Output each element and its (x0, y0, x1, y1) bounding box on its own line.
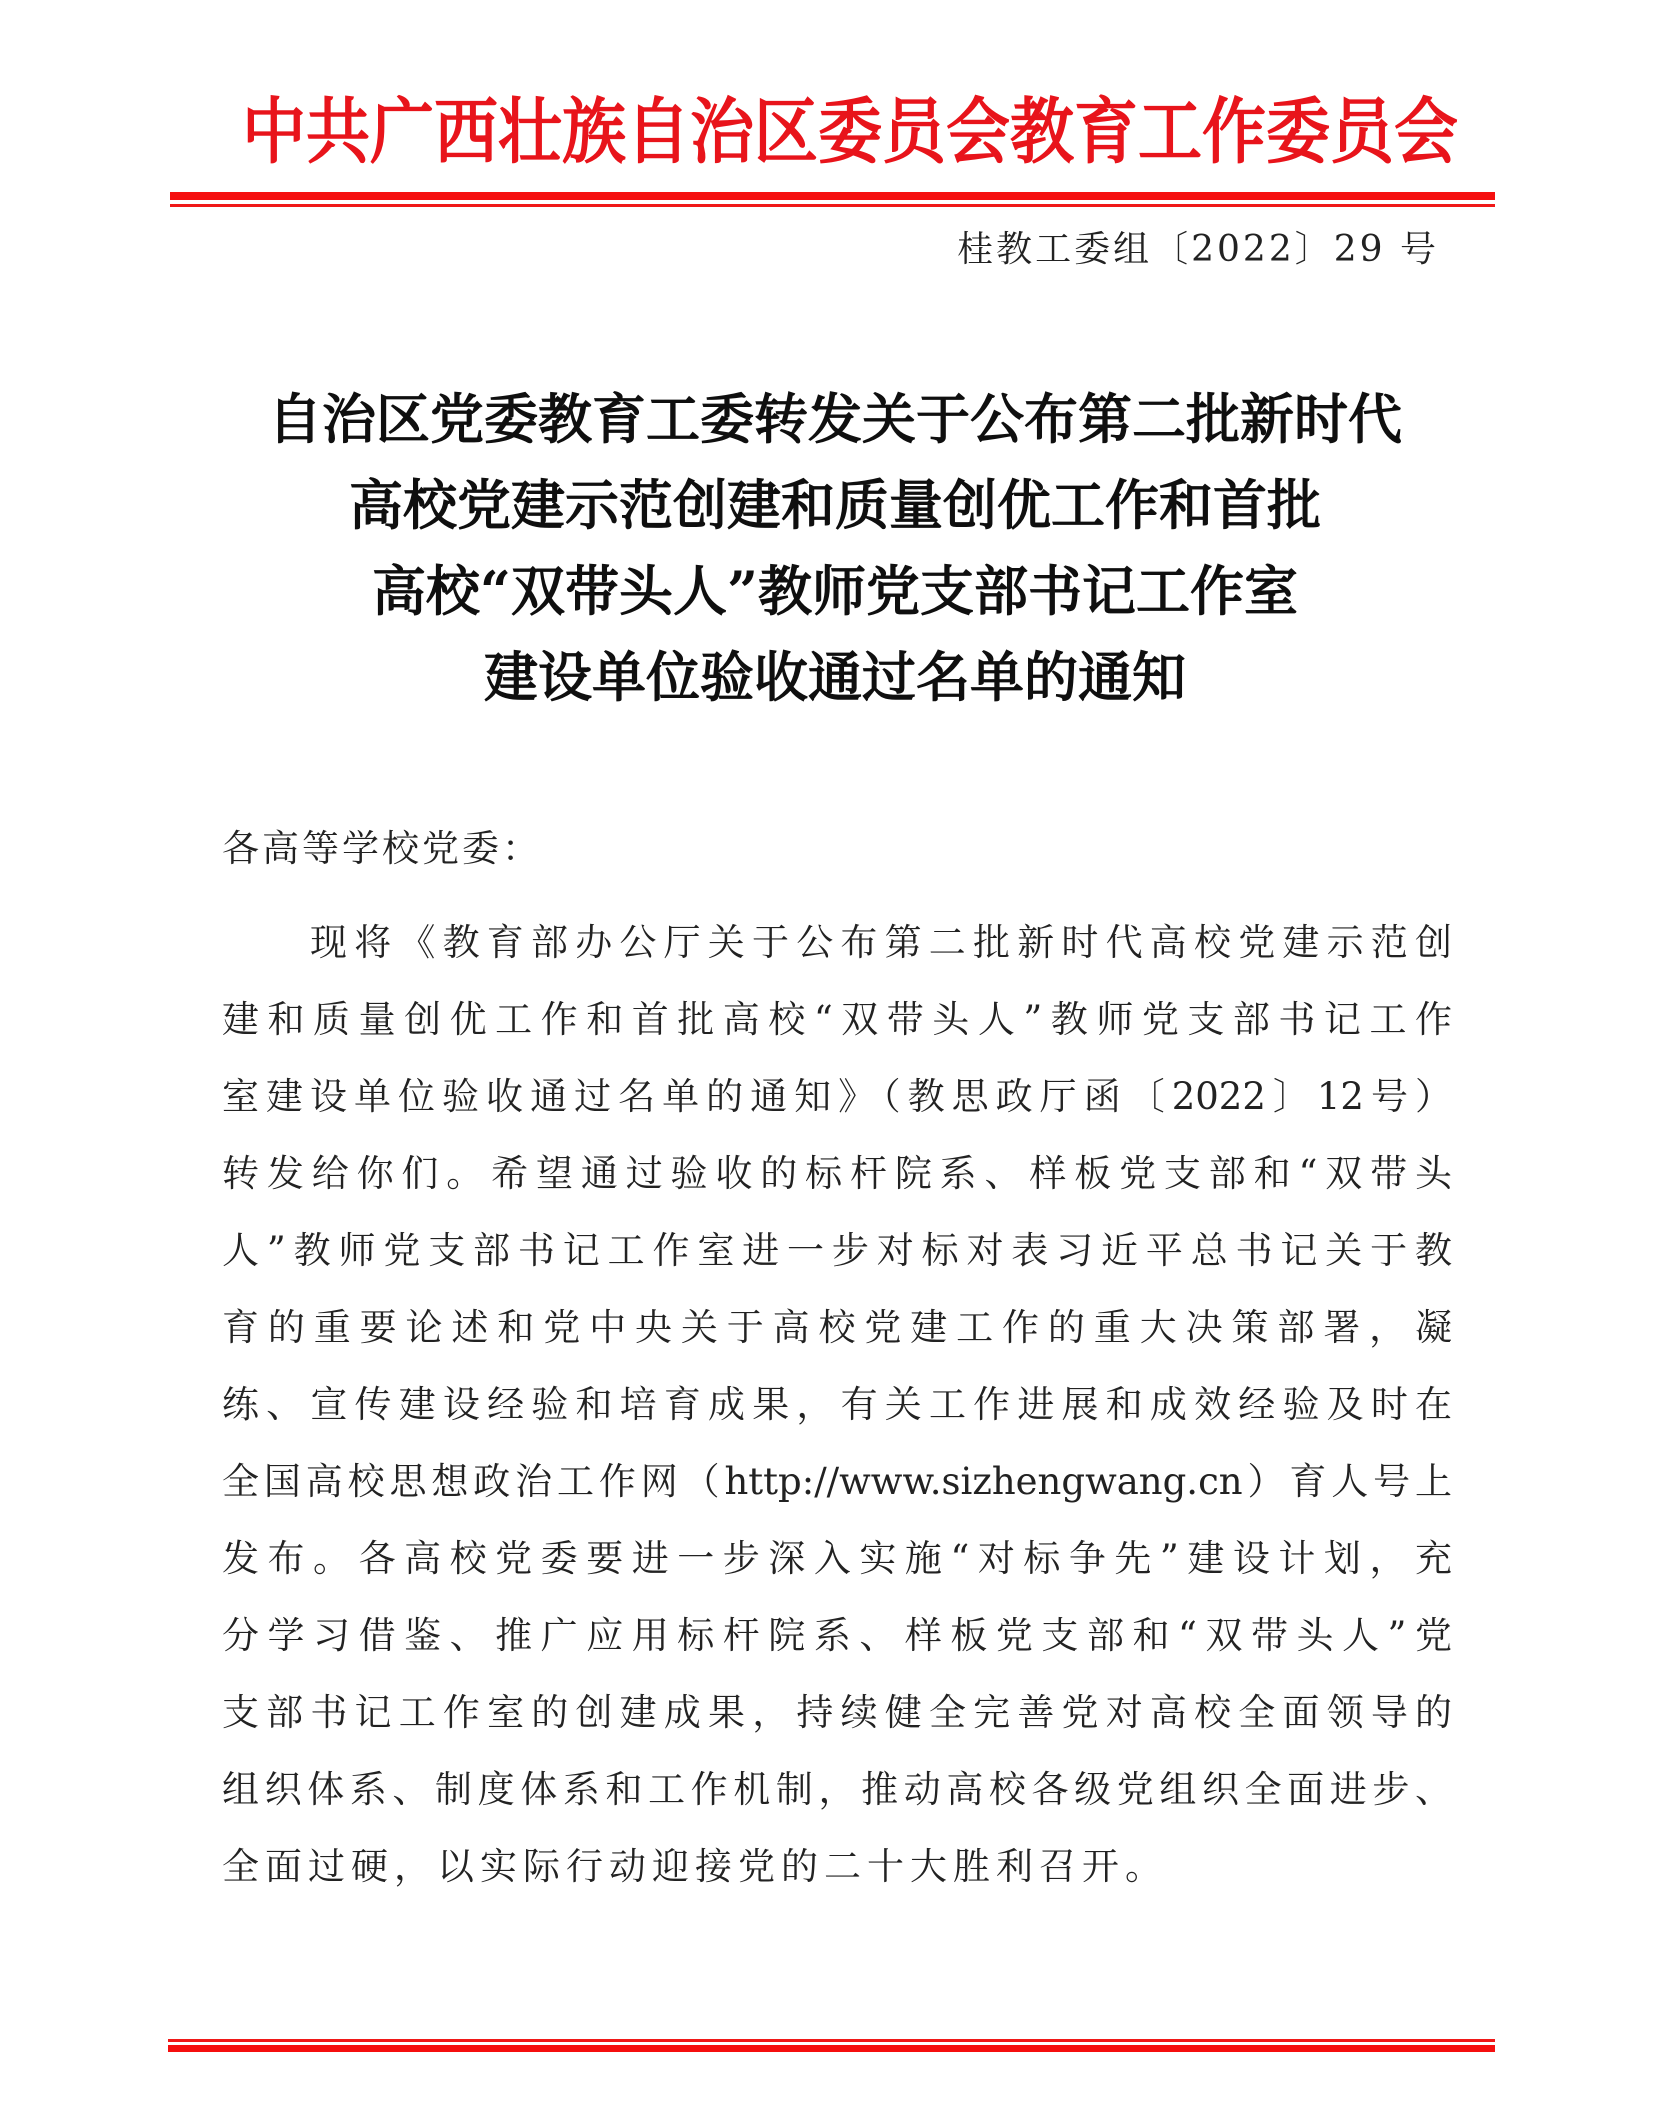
header-red-rule (170, 192, 1495, 207)
body-line: 建和质量创优工作和首批高校“双带头人”教师党支部书记工作 (222, 981, 1452, 1058)
document-page: 中共广西壮族自治区委员会教育工作委员会 桂教工委组〔2022〕29 号 自治区党… (0, 0, 1669, 2111)
document-title: 自治区党委教育工委转发关于公布第二批新时代 高校党建示范创建和质量创优工作和首批… (150, 376, 1520, 720)
red-rule-thin (170, 204, 1495, 207)
body-paragraph: 现将《教育部办公厅关于公布第二批新时代高校党建示范创 建和质量创优工作和首批高校… (222, 904, 1452, 1905)
body-line: 全面过硬，以实际行动迎接党的二十大胜利召开。 (222, 1828, 1452, 1905)
salutation: 各高等学校党委： (222, 826, 542, 872)
body-line: 人”教师党支部书记工作室进一步对标对表习近平总书记关于教 (222, 1212, 1452, 1289)
body-line: 支部书记工作室的创建成果，持续健全完善党对高校全面领导的 (222, 1674, 1452, 1751)
title-line: 建设单位验收通过名单的通知 (150, 634, 1520, 720)
body-line: 分学习借鉴、推广应用标杆院系、样板党支部和“双带头人”党 (222, 1597, 1452, 1674)
issuing-organization-header: 中共广西壮族自治区委员会教育工作委员会 (150, 88, 1550, 178)
body-line: 现将《教育部办公厅关于公布第二批新时代高校党建示范创 (222, 904, 1452, 981)
body-line: 发布。各高校党委要进一步深入实施“对标争先”建设计划，充 (222, 1520, 1452, 1597)
title-line: 自治区党委教育工委转发关于公布第二批新时代 (150, 376, 1520, 462)
title-line: 高校党建示范创建和质量创优工作和首批 (150, 462, 1520, 548)
body-line: 转发给你们。希望通过验收的标杆院系、样板党支部和“双带头 (222, 1135, 1452, 1212)
document-number: 桂教工委组〔2022〕29 号 (957, 228, 1439, 272)
body-line: 室建设单位验收通过名单的通知》（教思政厅函〔2022〕12号） (222, 1058, 1452, 1135)
footer-red-rule (168, 2039, 1495, 2052)
body-line: 练、宣传建设经验和培育成果，有关工作进展和成效经验及时在 (222, 1366, 1452, 1443)
title-line: 高校“双带头人”教师党支部书记工作室 (150, 548, 1520, 634)
red-rule-thick (168, 2045, 1495, 2052)
body-line: 育的重要论述和党中央关于高校党建工作的重大决策部署，凝 (222, 1289, 1452, 1366)
body-line: 组织体系、制度体系和工作机制，推动高校各级党组织全面进步、 (222, 1751, 1452, 1828)
red-rule-thick (170, 192, 1495, 200)
body-line-with-url: 全国高校思想政治工作网（http://www.sizhengwang.cn）育人… (222, 1443, 1452, 1520)
